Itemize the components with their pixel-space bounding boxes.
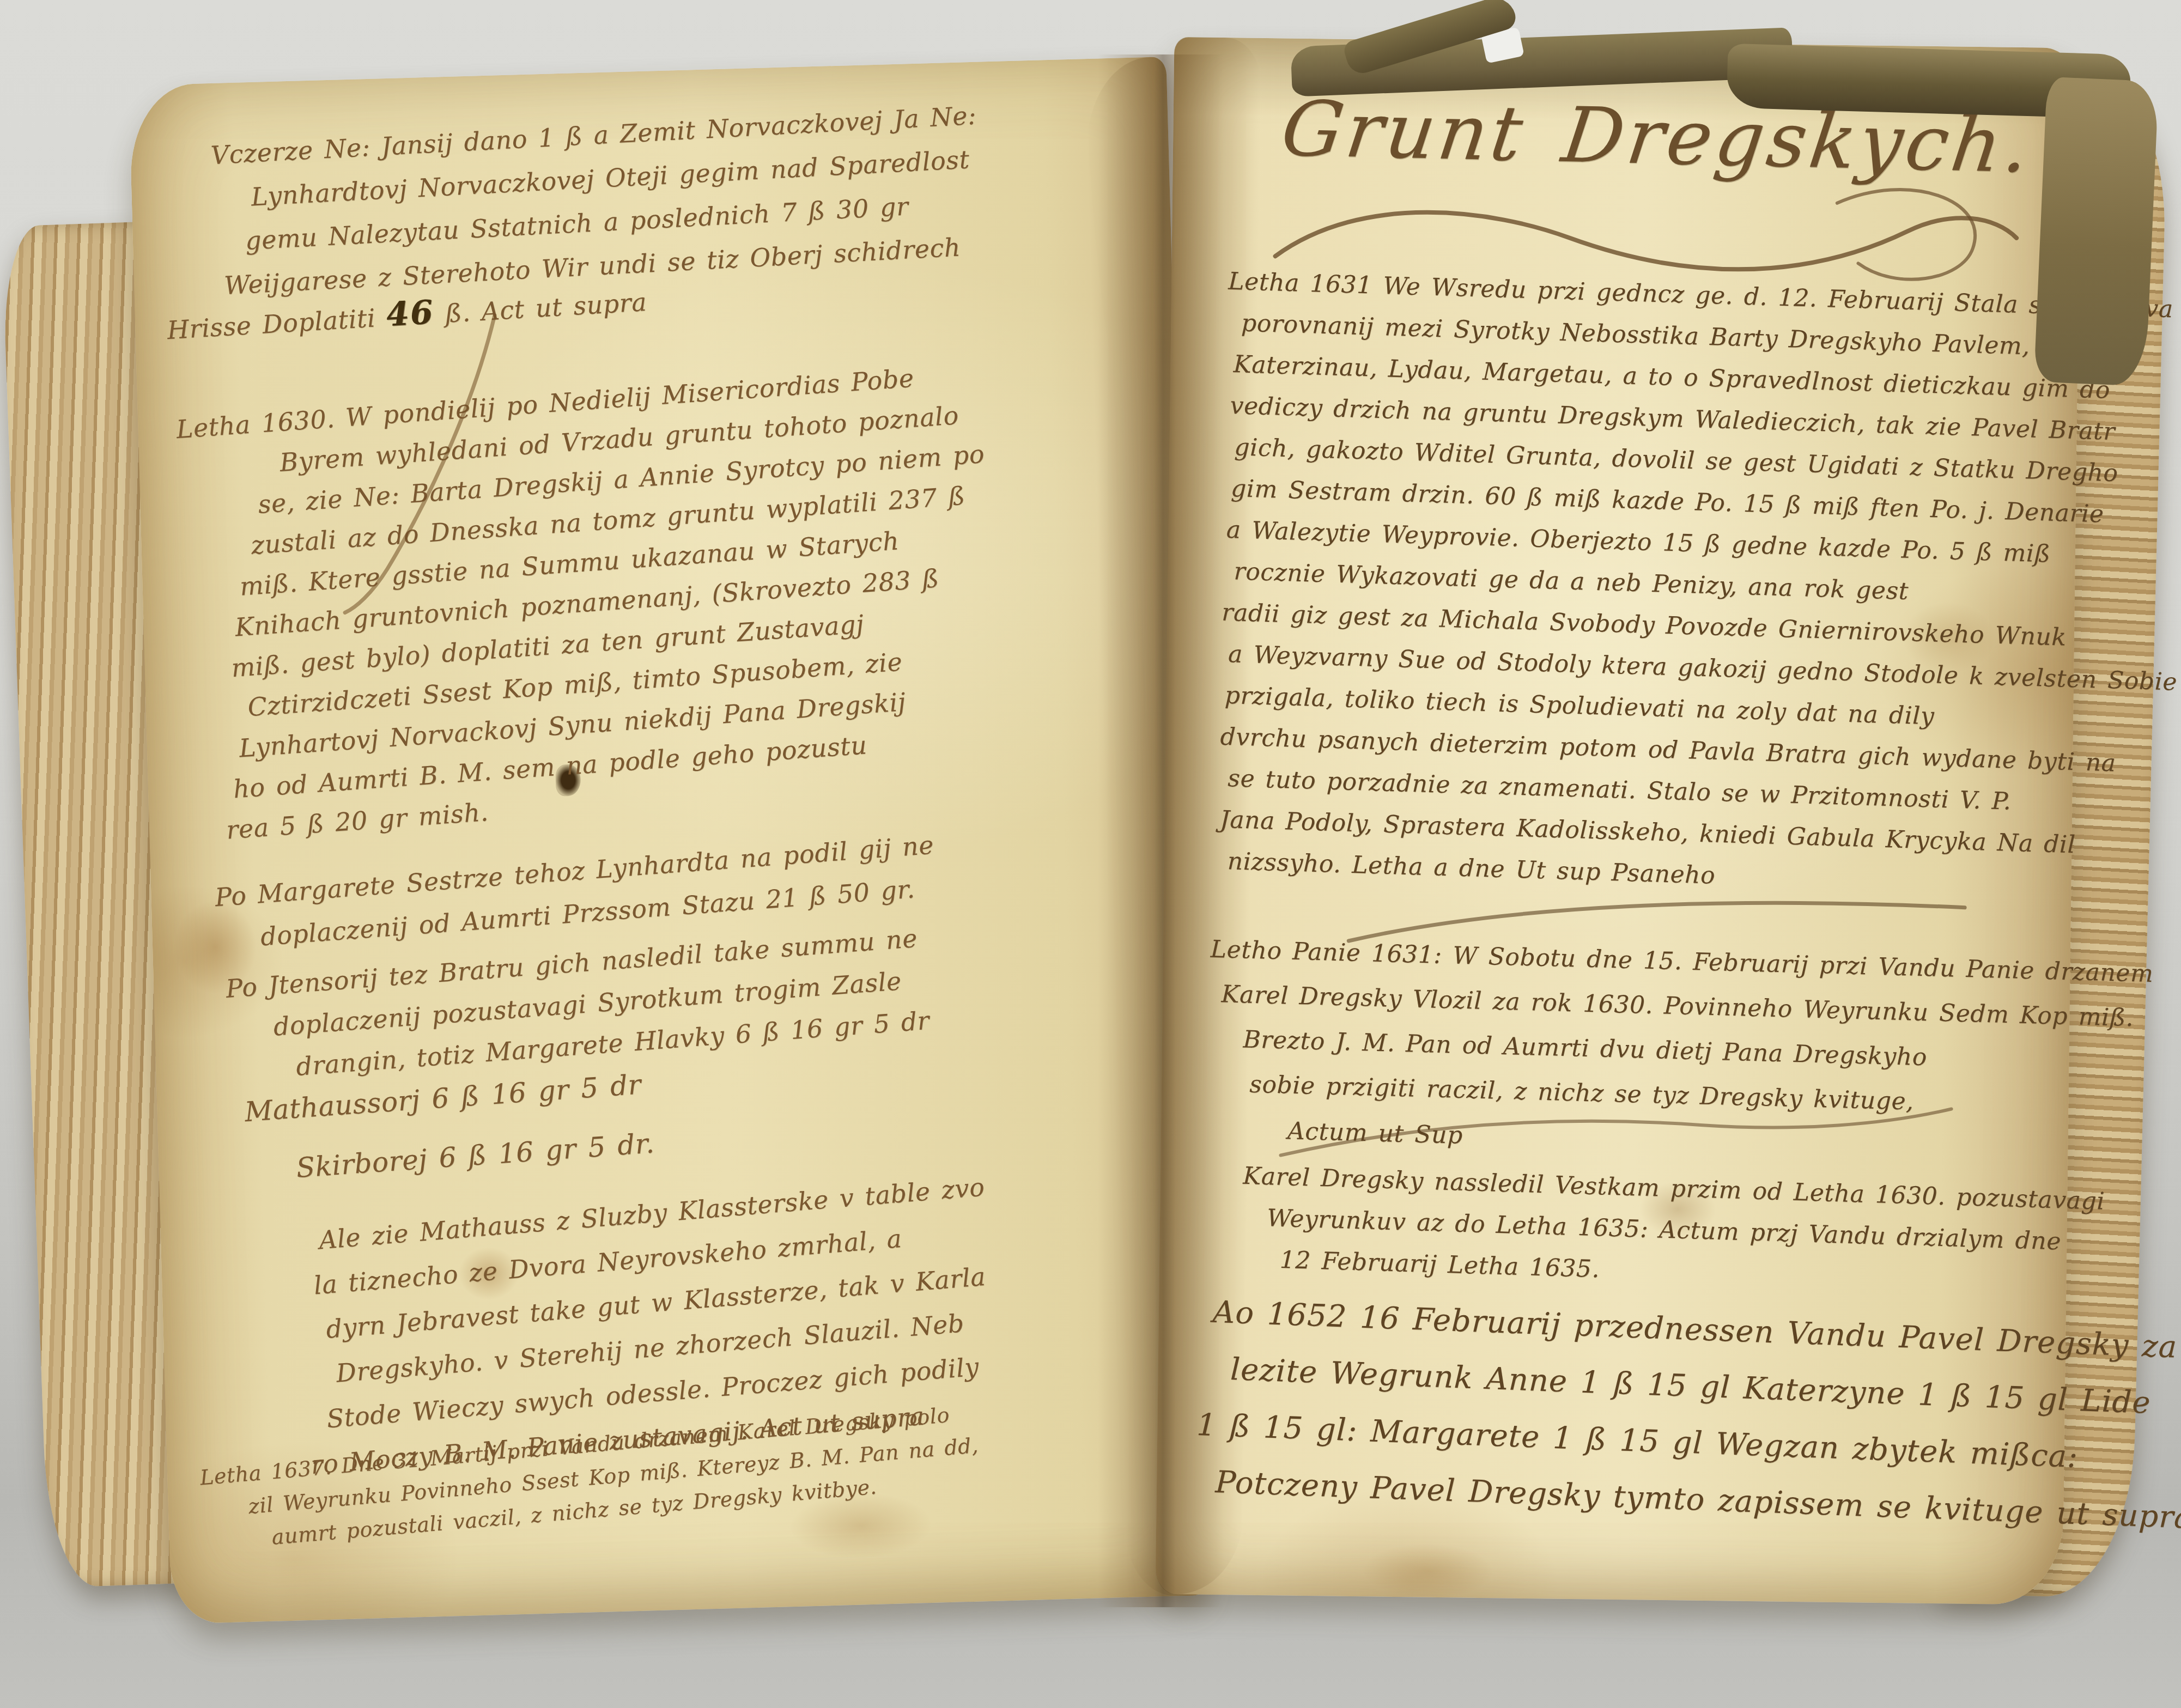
amount-46: 46 bbox=[385, 293, 435, 334]
left-paragraph-1: Vczerze Ne: Jansij dano 1 ß a Zemit Norv… bbox=[210, 94, 985, 308]
right-paragraph-1: Letha 1631 We Wsredu przi gedncz ge. d. … bbox=[1211, 261, 2181, 910]
heading-word-1: Grunt bbox=[1277, 84, 1530, 179]
heading-word-2: Dregskych. bbox=[1557, 91, 2037, 190]
text-fragment: ß. Act ut supra bbox=[433, 287, 648, 329]
right-paragraph-2: Letho Panie 1631: W Sobotu dne 15. Febru… bbox=[1206, 927, 2154, 1130]
manuscript-photo: Vczerze Ne: Jansij dano 1 ß a Zemit Norv… bbox=[0, 0, 2181, 1708]
open-book: Vczerze Ne: Jansij dano 1 ß a Zemit Norv… bbox=[22, 27, 2158, 1640]
right-page: GruntDregskych. Letha 1631 We Wsredu prz… bbox=[1156, 37, 2082, 1605]
text-fragment: Hrisse Doplatiti bbox=[166, 302, 387, 345]
actum-line: Actum ut Sup bbox=[1287, 1117, 1463, 1149]
left-page: Vczerze Ne: Jansij dano 1 ß a Zemit Norv… bbox=[129, 57, 1209, 1624]
stain bbox=[1363, 1543, 1494, 1599]
right-paragraph-4: Ao 1652 16 Februarij przednessen Vandu P… bbox=[1206, 1284, 2181, 1547]
right-paragraph-3: Karel Dregsky nassledil Vestkam przim od… bbox=[1240, 1156, 2105, 1305]
page-heading: GruntDregskych. bbox=[1277, 84, 2037, 190]
left-paragraph-2: Letha 1630. W pondielij po Nedielij Mise… bbox=[175, 353, 1009, 852]
left-amount-line-2: Skirborej 6 ß 16 gr 5 dr. bbox=[295, 1127, 655, 1184]
